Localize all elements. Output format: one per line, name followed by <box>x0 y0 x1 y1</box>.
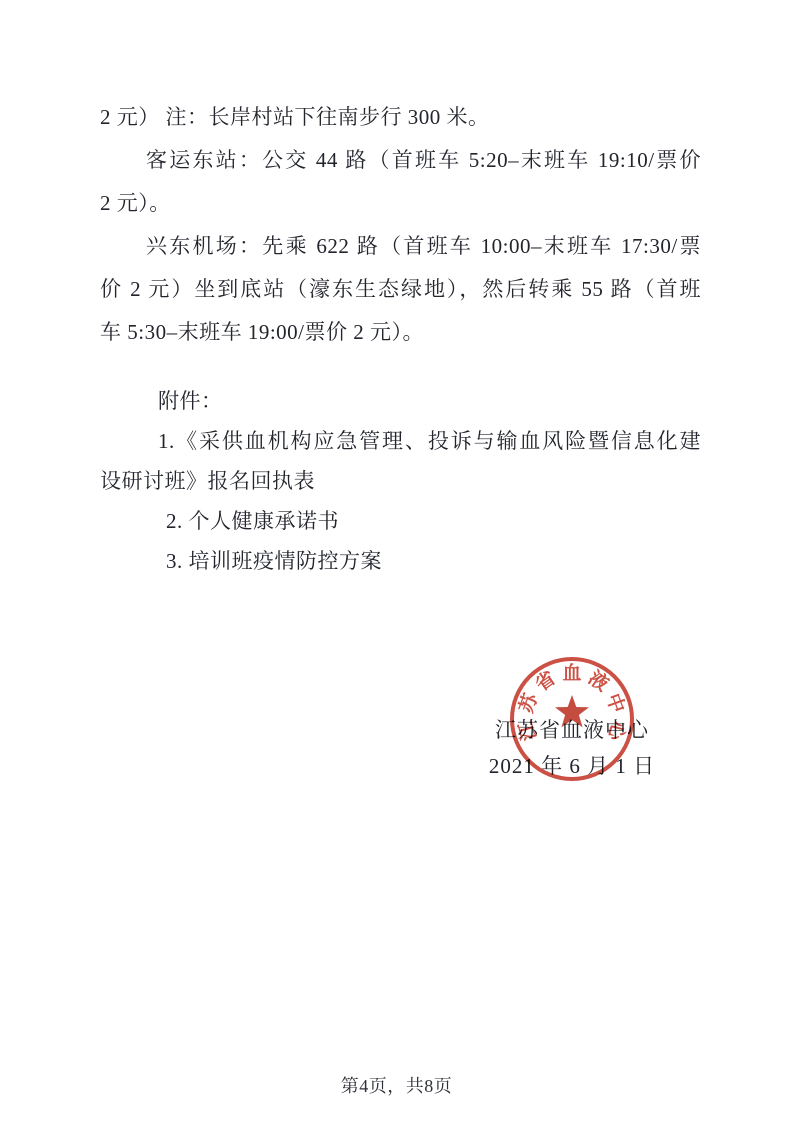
attachment-item-3: 3. 培训班疫情防控方案 <box>100 541 701 581</box>
official-seal: 江 苏 省 血 液 中 心 <box>510 657 634 781</box>
doc-line-east-station-2: 2 元）。 <box>100 182 701 225</box>
doc-line-airport-1: 兴东机场：先乘 622 路（首班车 10:00–末班车 17:30/票 <box>100 225 701 268</box>
doc-line-airport-2: 价 2 元）坐到底站（濠东生态绿地），然后转乘 55 路（首班 <box>100 268 701 311</box>
attachments-heading: 附件： <box>100 381 701 421</box>
attachment-item-1-line-1: 1.《采供血机构应急管理、投诉与输血风险暨信息化建 <box>100 421 701 461</box>
attachments-block: 附件： 1.《采供血机构应急管理、投诉与输血风险暨信息化建 设研讨班》报名回执表… <box>100 381 701 581</box>
doc-line-east-station-1: 客运东站：公交 44 路（首班车 5:20–末班车 19:10/票价 <box>100 139 701 182</box>
transport-info-block: 2 元） 注：长岸村站下往南步行 300 米。 客运东站：公交 44 路（首班车… <box>100 96 701 354</box>
seal-arc-char: 血 <box>562 664 582 684</box>
star-icon <box>554 694 590 730</box>
document-page: 2 元） 注：长岸村站下往南步行 300 米。 客运东站：公交 44 路（首班车… <box>0 0 793 1122</box>
doc-line-note: 2 元） 注：长岸村站下往南步行 300 米。 <box>100 96 701 139</box>
doc-line-airport-3: 车 5:30–末班车 19:00/票价 2 元）。 <box>100 311 701 354</box>
page-number: 第4页，共8页 <box>0 1072 793 1098</box>
attachment-item-2: 2. 个人健康承诺书 <box>100 501 701 541</box>
attachment-item-1-line-2: 设研讨班》报名回执表 <box>100 461 701 501</box>
